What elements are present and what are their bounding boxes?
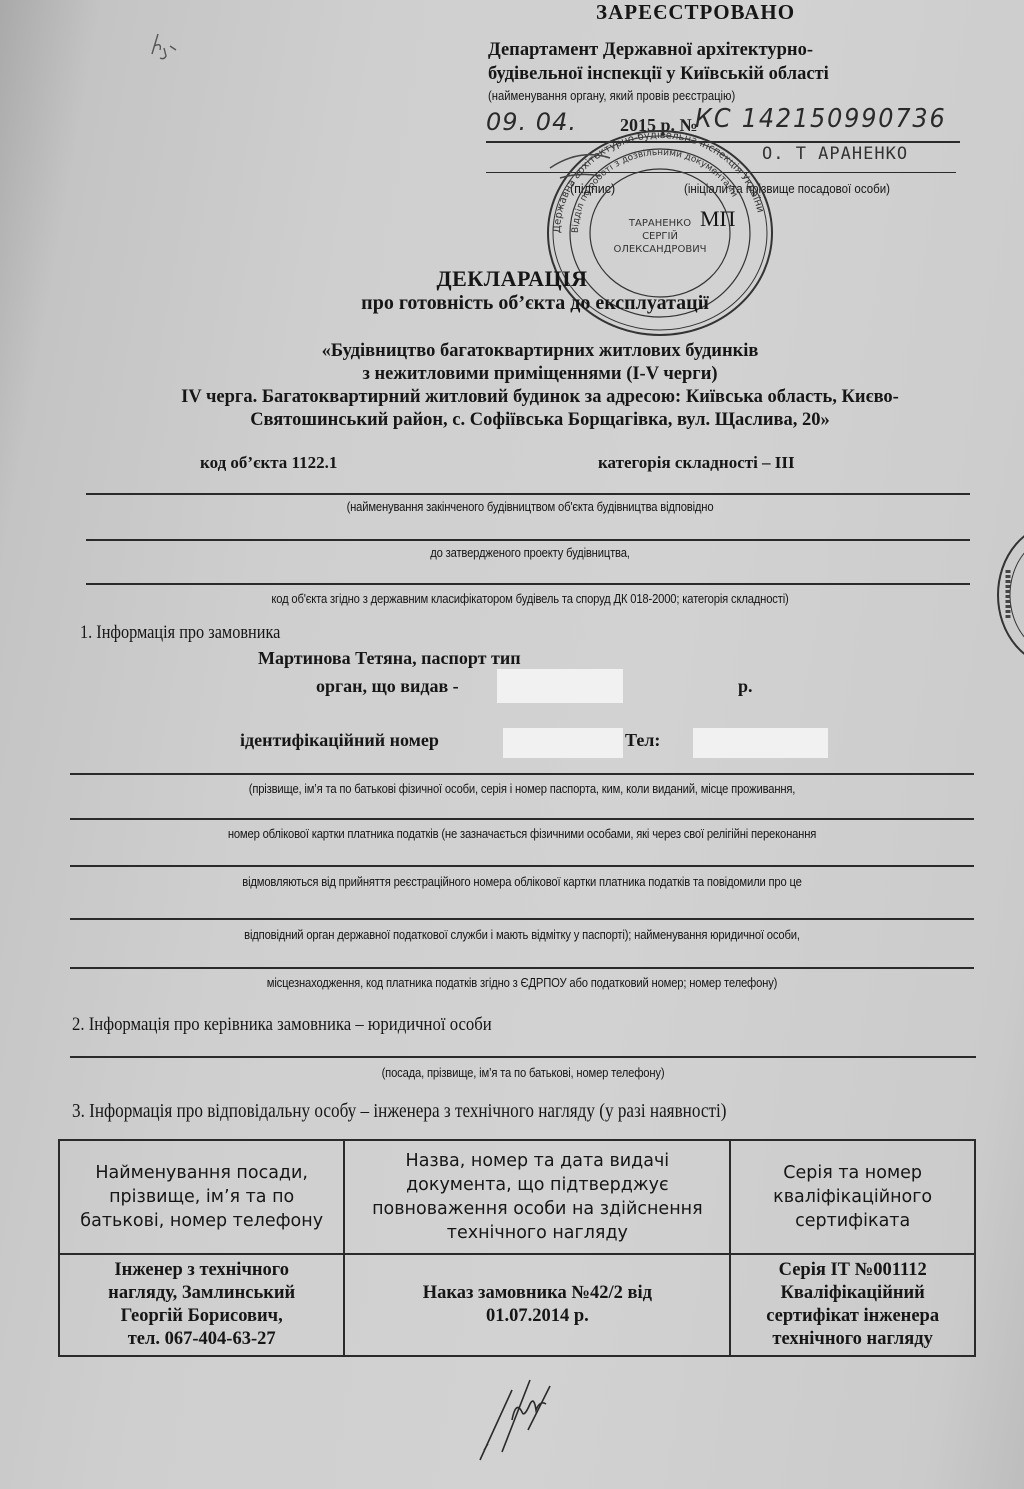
section-1-heading: 1. Інформація про замовника	[80, 623, 280, 644]
partial-seal-icon	[990, 520, 1024, 670]
object-hint-3: код об'єкта згідно з державним класифіка…	[125, 592, 935, 606]
object-line-a	[86, 493, 970, 495]
tel-label: Тел:	[625, 730, 660, 751]
header-cell-document: Назва, номер та дата видачі документа, щ…	[344, 1140, 730, 1254]
redacted-phone	[693, 728, 828, 758]
object-code: код об’єкта 1122.1	[200, 453, 337, 473]
department-hint: (найменування органу, який провів реєстр…	[488, 89, 735, 103]
customer-hint-2: номер облікової картки платника податків…	[115, 827, 929, 841]
registration-status: ЗАРЕЄСТРОВАНО	[596, 0, 795, 25]
header-cell-certificate: Серія та номер кваліфікаційного сертифік…	[730, 1140, 975, 1254]
signature-icon	[450, 1360, 570, 1470]
customer-line-e	[70, 967, 974, 969]
customer-line-b	[70, 818, 974, 820]
redacted-id-number	[503, 728, 623, 758]
object-line-b	[86, 539, 970, 541]
svg-text:ОЛЕКСАНДРОВИЧ: ОЛЕКСАНДРОВИЧ	[613, 244, 706, 255]
cell-engineer: Інженер з технічного нагляду, Замлинськи…	[59, 1254, 344, 1356]
engineer-table: Найменування посади, прізвище, ім’я та п…	[58, 1139, 976, 1357]
customer-hint-3: відмовляються від прийняття реєстраційно…	[115, 875, 929, 889]
customer-hint-4: відповідний орган державної податкової с…	[115, 928, 929, 942]
id-number-label: ідентифікаційний номер	[240, 730, 439, 751]
department-line-2: будівельної інспекції у Київській област…	[488, 62, 829, 86]
customer-line-a	[70, 773, 974, 775]
customer-hint-1: (прізвище, ім’я та по батькові фізичної …	[115, 782, 929, 796]
issued-by-label: орган, що видав -	[316, 676, 459, 697]
registration-department: Департамент Державної архітектурно- буді…	[488, 38, 829, 86]
object-line-2: з нежитловими приміщеннями (I-V черги)	[60, 363, 1020, 386]
header-cell-position: Найменування посади, прізвище, ім’я та п…	[59, 1140, 344, 1254]
declaration-title: ДЕКЛАРАЦІЯ	[0, 266, 1024, 292]
section-3-heading: 3. Інформація про відповідальну особу – …	[72, 1101, 726, 1123]
object-line-c	[86, 583, 970, 585]
object-hint-1: (найменування закінченого будівництвом о…	[125, 500, 935, 514]
customer-hint-5: місцезнаходження, код платника податків …	[115, 976, 929, 990]
director-hint: (посада, прізвище, ім’я та по батькові, …	[115, 1066, 930, 1080]
issued-year-suffix: р.	[738, 676, 753, 697]
object-description: «Будівництво багатоквартирних житлових б…	[60, 340, 1020, 432]
customer-line-d	[70, 918, 974, 920]
redacted-issuer	[497, 669, 623, 703]
cell-order: Наказ замовника №42/2 від 01.07.2014 р.	[344, 1254, 730, 1356]
object-line-3: IV черга. Багатоквартирний житловий буди…	[60, 386, 1020, 409]
svg-text:СЕРГІЙ: СЕРГІЙ	[642, 229, 678, 242]
object-line-1: «Будівництво багатоквартирних житлових б…	[60, 340, 1020, 363]
director-line	[70, 1056, 976, 1058]
svg-text:ТАРАНЕНКО: ТАРАНЕНКО	[628, 218, 691, 229]
declaration-subtitle: про готовність об’єкта до експлуатації	[0, 292, 1024, 315]
table-row: Інженер з технічного нагляду, Замлинськи…	[59, 1254, 975, 1356]
table-header-row: Найменування посади, прізвище, ім’я та п…	[59, 1140, 975, 1254]
object-hint-2: до затвердженого проекту будівництва,	[125, 546, 935, 560]
department-line-1: Департамент Державної архітектурно-	[488, 38, 829, 62]
cell-certificate: Серія ІТ №001112 Кваліфікаційний сертифі…	[730, 1254, 975, 1356]
object-line-4: Святошинський район, с. Софіївська Борща…	[60, 409, 1020, 432]
handwritten-mark-icon	[140, 24, 200, 64]
complexity-category: категорія складності – III	[598, 453, 795, 473]
official-name-stamp: О. Т АРАНЕНКО	[762, 144, 908, 164]
customer-name: Мартинова Тетяна, паспорт тип	[258, 648, 521, 669]
customer-line-c	[70, 865, 974, 867]
section-2-heading: 2. Інформація про керівника замовника – …	[72, 1014, 492, 1036]
